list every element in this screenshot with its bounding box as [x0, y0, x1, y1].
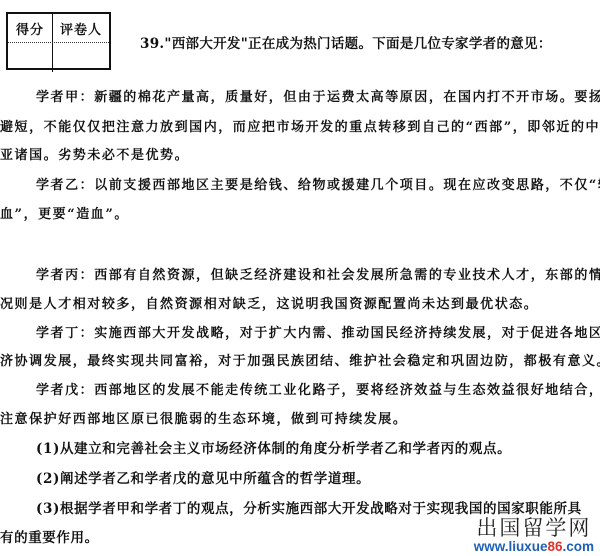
score-table-header-row: 得分 评卷人: [8, 14, 109, 43]
sub-question-1: (1)从建立和完善社会主义市场经济体制的角度分析学者乙和学者丙的观点。: [0, 441, 600, 457]
score-value-cell: [8, 43, 53, 72]
watermark-url-prefix: www.liuxue: [474, 539, 548, 554]
paragraph-scholar-ding-line-1: 学者丁：实施西部大开发战略，对于扩大内需、推动国民经济持续发展，对于促进各地区经: [0, 326, 600, 342]
score-table: 得分 评卷人: [6, 12, 111, 70]
paragraph-scholar-jia-line-1: 学者甲：新疆的棉花产量高，质量好，但由于运费太高等原因，在国内打不开市场。要扬长: [0, 90, 600, 106]
score-table-value-row: [8, 43, 109, 72]
paragraph-scholar-yi-line-2: 血”，更要“造血”。: [0, 207, 600, 223]
watermark-url-accent: 86: [547, 539, 562, 554]
sub-question-2: (2)阐述学者乙和学者戊的意见中所蕴含的哲学道理。: [0, 471, 600, 487]
watermark-site-name: 出国留学网: [474, 517, 594, 539]
score-header: 得分: [8, 14, 53, 42]
paragraph-scholar-bing-line-1: 学者丙：西部有自然资源，但缺乏经济建设和社会发展所急需的专业技术人才，东部的情: [0, 268, 600, 284]
paragraph-scholar-wu-line-1: 学者戊：西部地区的发展不能走传统工业化路子，要将经济效益与生态效益很好地结合，: [0, 383, 600, 399]
site-watermark: 出国留学网 www.liuxue86.com: [474, 517, 594, 554]
sub-question-3-line-1: (3)根据学者甲和学者丁的观点，分析实施西部大开发战略对于实现我国的国家职能所具: [0, 501, 600, 517]
grader-value-cell: [53, 43, 109, 72]
question-title: 39."西部大开发"正在成为热门话题。下面是几位专家学者的意见：: [140, 32, 552, 52]
grader-header: 评卷人: [53, 14, 109, 42]
paragraph-scholar-jia-line-2: 避短，不能仅仅把注意力放到国内，而应把市场开发的重点转移到自己的“西部”，即邻近…: [0, 120, 600, 136]
paragraph-scholar-wu-line-2: 注意保护好西部地区原已很脆弱的生态环境，做到可持续发展。: [0, 412, 600, 428]
paragraph-scholar-bing-line-2: 况则是人才相对较多，自然资源相对缺乏，这说明我国资源配置尚未达到最优状态。: [0, 297, 600, 313]
watermark-url: www.liuxue86.com: [474, 539, 594, 554]
paragraph-scholar-jia-line-3: 亚诸国。劣势未必不是优势。: [0, 148, 600, 164]
paragraph-scholar-yi-line-1: 学者乙：以前支援西部地区主要是给钱、给物或援建几个项目。现在应改变思路，不仅“输: [0, 178, 600, 194]
paragraph-scholar-ding-line-2: 济协调发展，最终实现共同富裕，对于加强民族团结、维护社会稳定和巩固边防，都极有意…: [0, 354, 600, 370]
watermark-url-suffix: .com: [562, 539, 594, 554]
